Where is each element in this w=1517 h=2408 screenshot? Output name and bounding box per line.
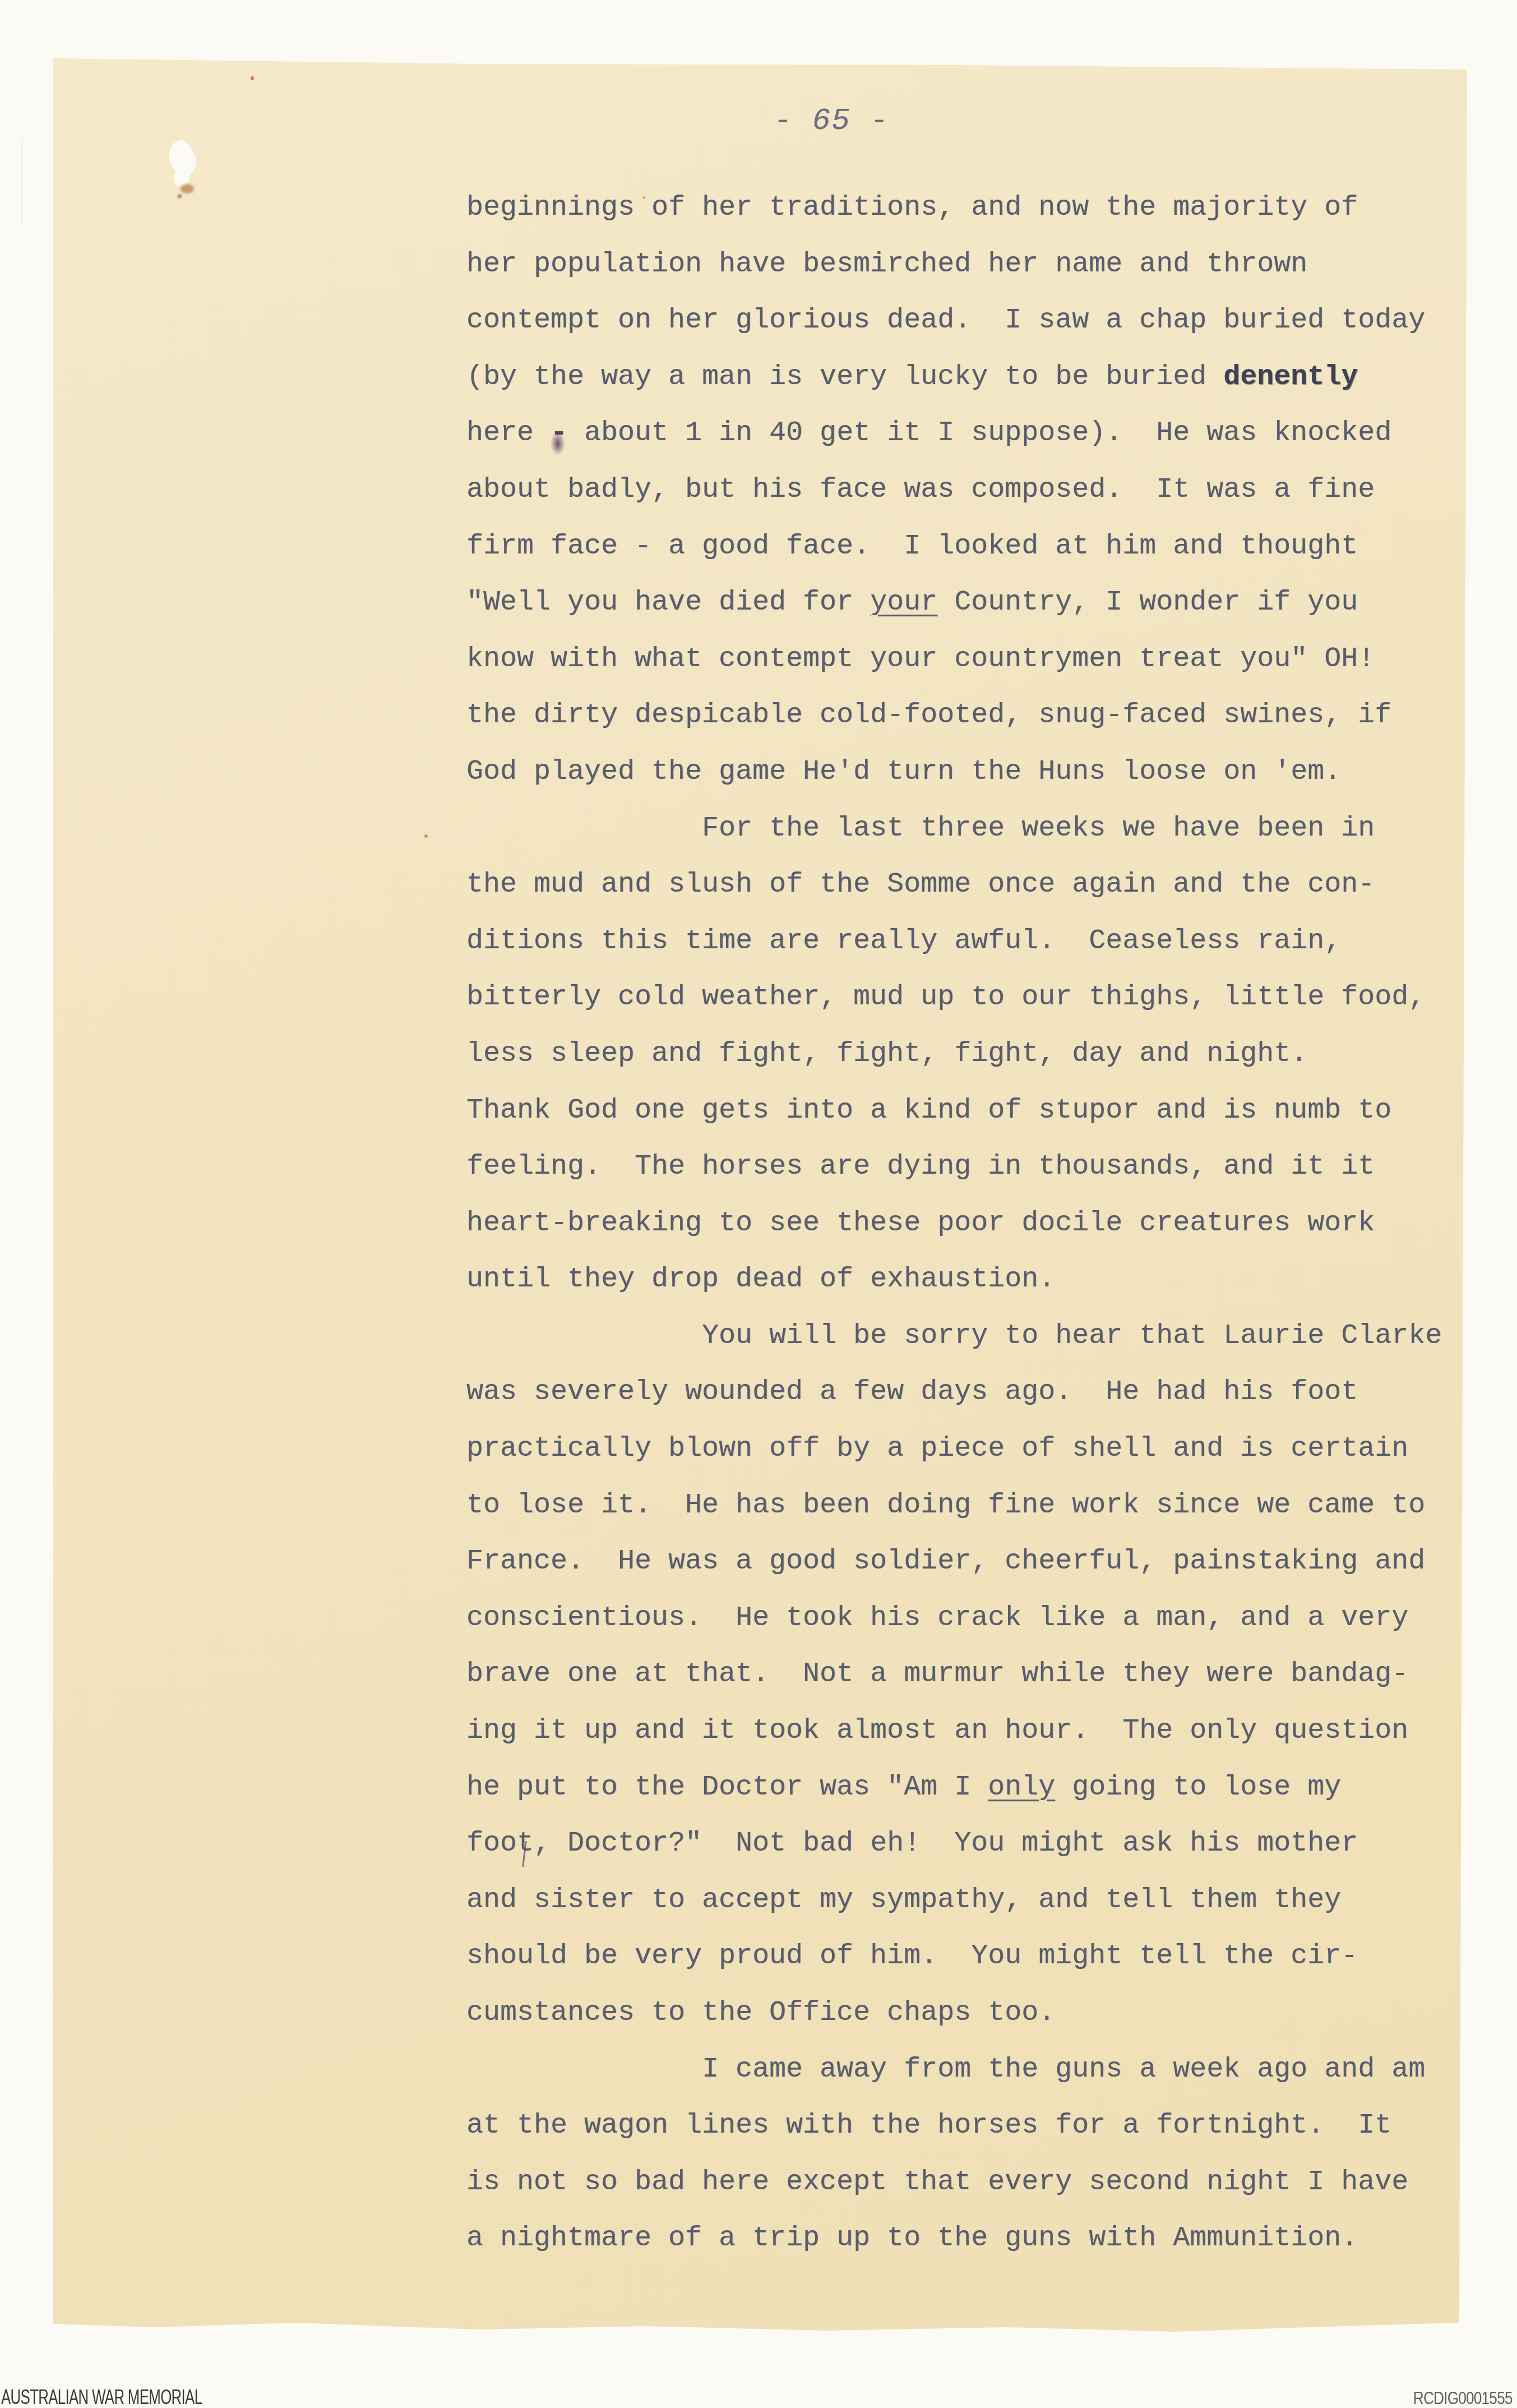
letter-line: her population have besmirched her name … [466,237,1442,293]
letter-line: foot, Doctor?" Not bad eh! You might ask… [466,1816,1442,1872]
letter-line: I came away from the guns a week ago and… [466,2042,1442,2098]
letter-line: about badly, but his face was composed. … [466,462,1442,519]
letter-line: less sleep and fight, fight, fight, day … [466,1026,1442,1083]
letter-line: God played the game He'd turn the Huns l… [466,744,1442,801]
letter-line: he put to the Doctor was "Am I only goin… [466,1760,1442,1816]
letter-line: a nightmare of a trip up to the guns wit… [466,2211,1442,2267]
letter-line: ditions this time are really awful. Ceas… [466,914,1442,970]
letter-line: at the wagon lines with the horses for a… [466,2098,1442,2155]
letter-body: beginnings of her traditions, and now th… [466,180,1442,2267]
letter-line: feeling. The horses are dying in thousan… [466,1139,1442,1196]
letter-line: to lose it. He has been doing fine work … [466,1478,1442,1534]
letter-line: France. He was a good soldier, cheerful,… [466,1534,1442,1590]
letter-line: practically blown off by a piece of shel… [466,1421,1442,1478]
letter-line: beginnings of her traditions, and now th… [466,180,1442,237]
scan-background: - 65 - beginnings of her traditions, and… [0,0,1517,2408]
letter-line: firm face - a good face. I looked at him… [466,519,1442,575]
letter-line: the mud and slush of the Somme once agai… [466,857,1442,914]
dust-speck [424,834,428,838]
dust-speck [251,76,254,80]
letter-line: ing it up and it took almost an hour. Th… [466,1703,1442,1760]
letter-line: (by the way a man is very lucky to be bu… [466,349,1442,406]
letter-line: brave one at that. Not a murmur while th… [466,1646,1442,1703]
page-number: - 65 - [774,104,889,139]
letter-line: the dirty despicable cold-footed, snug-f… [466,688,1442,744]
letter-line: heart-breaking to see these poor docile … [466,1196,1442,1252]
letter-line: know with what contempt your countrymen … [466,631,1442,688]
archive-watermark: AUSTRALIAN WAR MEMORIAL [1,2386,202,2408]
letter-line: "Well you have died for your Country, I … [466,575,1442,631]
letter-line: was severely wounded a few days ago. He … [466,1364,1442,1421]
letter-line: until they drop dead of exhaustion. [466,1252,1442,1308]
letter-line: cumstances to the Office chaps too. [466,1985,1442,2042]
letter-line: contempt on her glorious dead. I saw a c… [466,293,1442,349]
letter-line: You will be sorry to hear that Laurie Cl… [466,1308,1442,1365]
paper-stain-small [177,194,182,199]
letter-line: and sister to accept my sympathy, and te… [466,1872,1442,1929]
archive-id: RCDIG0001555 [1413,2388,1513,2408]
letter-line: For the last three weeks we have been in [466,801,1442,857]
letter-line: Thank God one gets into a kind of stupor… [466,1083,1442,1140]
letter-line: is not so bad here except that every sec… [466,2155,1442,2211]
letter-line: here - about 1 in 40 get it I suppose). … [466,405,1442,462]
letter-line: conscientious. He took his crack like a … [466,1590,1442,1647]
letter-line: should be very proud of him. You might t… [466,1929,1442,1985]
letter-line: bitterly cold weather, mud up to our thi… [466,970,1442,1026]
dust-speck [642,196,645,199]
scanner-crease [21,140,22,224]
paper-stain [181,184,194,193]
